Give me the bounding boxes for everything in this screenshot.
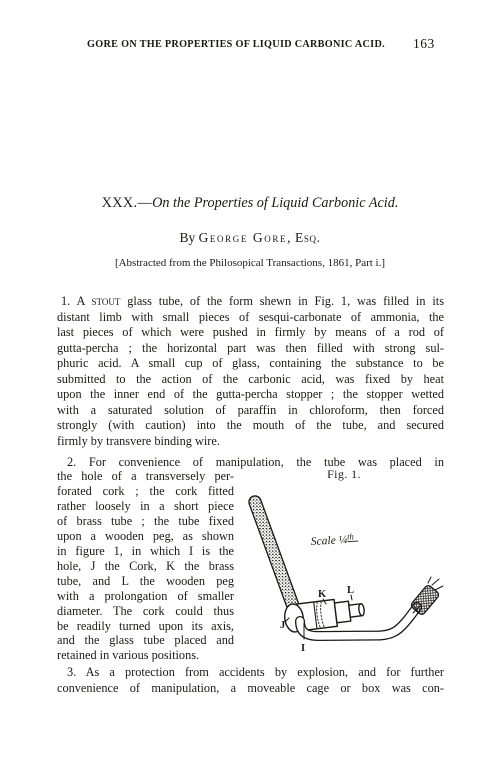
paragraph-1-lines: distant limb with small pieces of sesqui… — [57, 310, 444, 450]
text-line: 1. A stout glass tube, of the form shewn… — [57, 294, 444, 310]
text-line: in figure 1, in which I is the — [57, 544, 234, 559]
figure-diagonal-tube — [255, 502, 293, 606]
text-line: hole, J the Cork, K the brass — [57, 559, 234, 574]
figure-label-l: L — [347, 585, 354, 596]
figure-label-i: I — [301, 643, 305, 654]
scanned-article-page: GORE ON THE PROPERTIES OF LIQUID CARBONI… — [0, 0, 500, 762]
text-line: be readily turned upon its axis, — [57, 619, 234, 634]
scale-superscript: th — [347, 531, 354, 541]
figure-scale-label: Scale ¼th — [310, 531, 358, 548]
svg-text:Scale ¼th: Scale ¼th — [310, 531, 354, 548]
figure-label-j: J — [280, 620, 285, 631]
text-line: the hole of a transversely per- — [57, 469, 234, 484]
text-line: upon the inner end of the gutta-percha s… — [57, 387, 444, 403]
text-line: of brass tube ; the tube fixed — [57, 514, 234, 529]
byline-author: George Gore — [199, 230, 287, 245]
byline: By George Gore, Esq. — [0, 230, 500, 246]
text-line: strongly (with caution) into the mouth o… — [57, 418, 444, 434]
text-line: tube, and L the wooden peg — [57, 574, 234, 589]
figure-caption: Fig. 1. — [243, 467, 445, 482]
figure-1-drawing: Scale ¼th — [243, 486, 445, 686]
article-title-text: On the Properties of Liquid Carbonic Aci… — [152, 195, 398, 211]
text-line: rather loosely in a short piece — [57, 499, 234, 514]
figure-sealed-tip — [410, 577, 443, 616]
figure-1: Fig. 1. Scale ¼th — [243, 467, 445, 686]
attribution-note: [Abstracted from the Philosopical Transa… — [0, 257, 500, 269]
p1-line1-rest: glass tube, of the form shewn in Fig. 1,… — [120, 294, 444, 308]
byline-by: By — [179, 230, 198, 245]
running-header-title: GORE ON THE PROPERTIES OF LIQUID CARBONI… — [0, 39, 472, 50]
page-number: 163 — [413, 36, 435, 52]
text-line: firmly by transvere binding wire. — [57, 434, 444, 450]
paragraph-1: 1. A stout glass tube, of the form shewn… — [57, 294, 444, 449]
byline-suffix: , Esq. — [287, 230, 320, 245]
article-title: XXX.—On the Properties of Liquid Carboni… — [0, 195, 500, 212]
text-line: forated cork ; the cork fitted — [57, 484, 234, 499]
text-line: distant limb with small pieces of sesqui… — [57, 310, 444, 326]
article-number: XXX.— — [102, 195, 152, 211]
text-line: retained in various positions. — [57, 648, 234, 663]
p1-smallcaps-word: stout — [92, 294, 121, 308]
p1-prefix: 1. A — [61, 294, 92, 308]
text-line: with a prolongation of smaller — [57, 589, 234, 604]
paragraph-2-wrapped-column: the hole of a transversely per-forated c… — [57, 469, 234, 663]
text-line: diameter. The cork could thus — [57, 604, 234, 619]
text-line: and the glass tube placed and — [57, 633, 234, 648]
text-line: gutta-percha ; the horizontal part was t… — [57, 341, 444, 357]
text-line: phuric acid. A small cup of glass, conta… — [57, 356, 444, 372]
text-line: with a saturated solution of paraffin in… — [57, 403, 444, 419]
text-line: submitted to the action of the carbonic … — [57, 372, 444, 388]
scale-text: Scale ¼ — [311, 534, 348, 548]
text-line: last pieces of which were pushed in firm… — [57, 325, 444, 341]
text-line: upon a wooden peg, as shown — [57, 529, 234, 544]
figure-label-k: K — [318, 589, 327, 600]
